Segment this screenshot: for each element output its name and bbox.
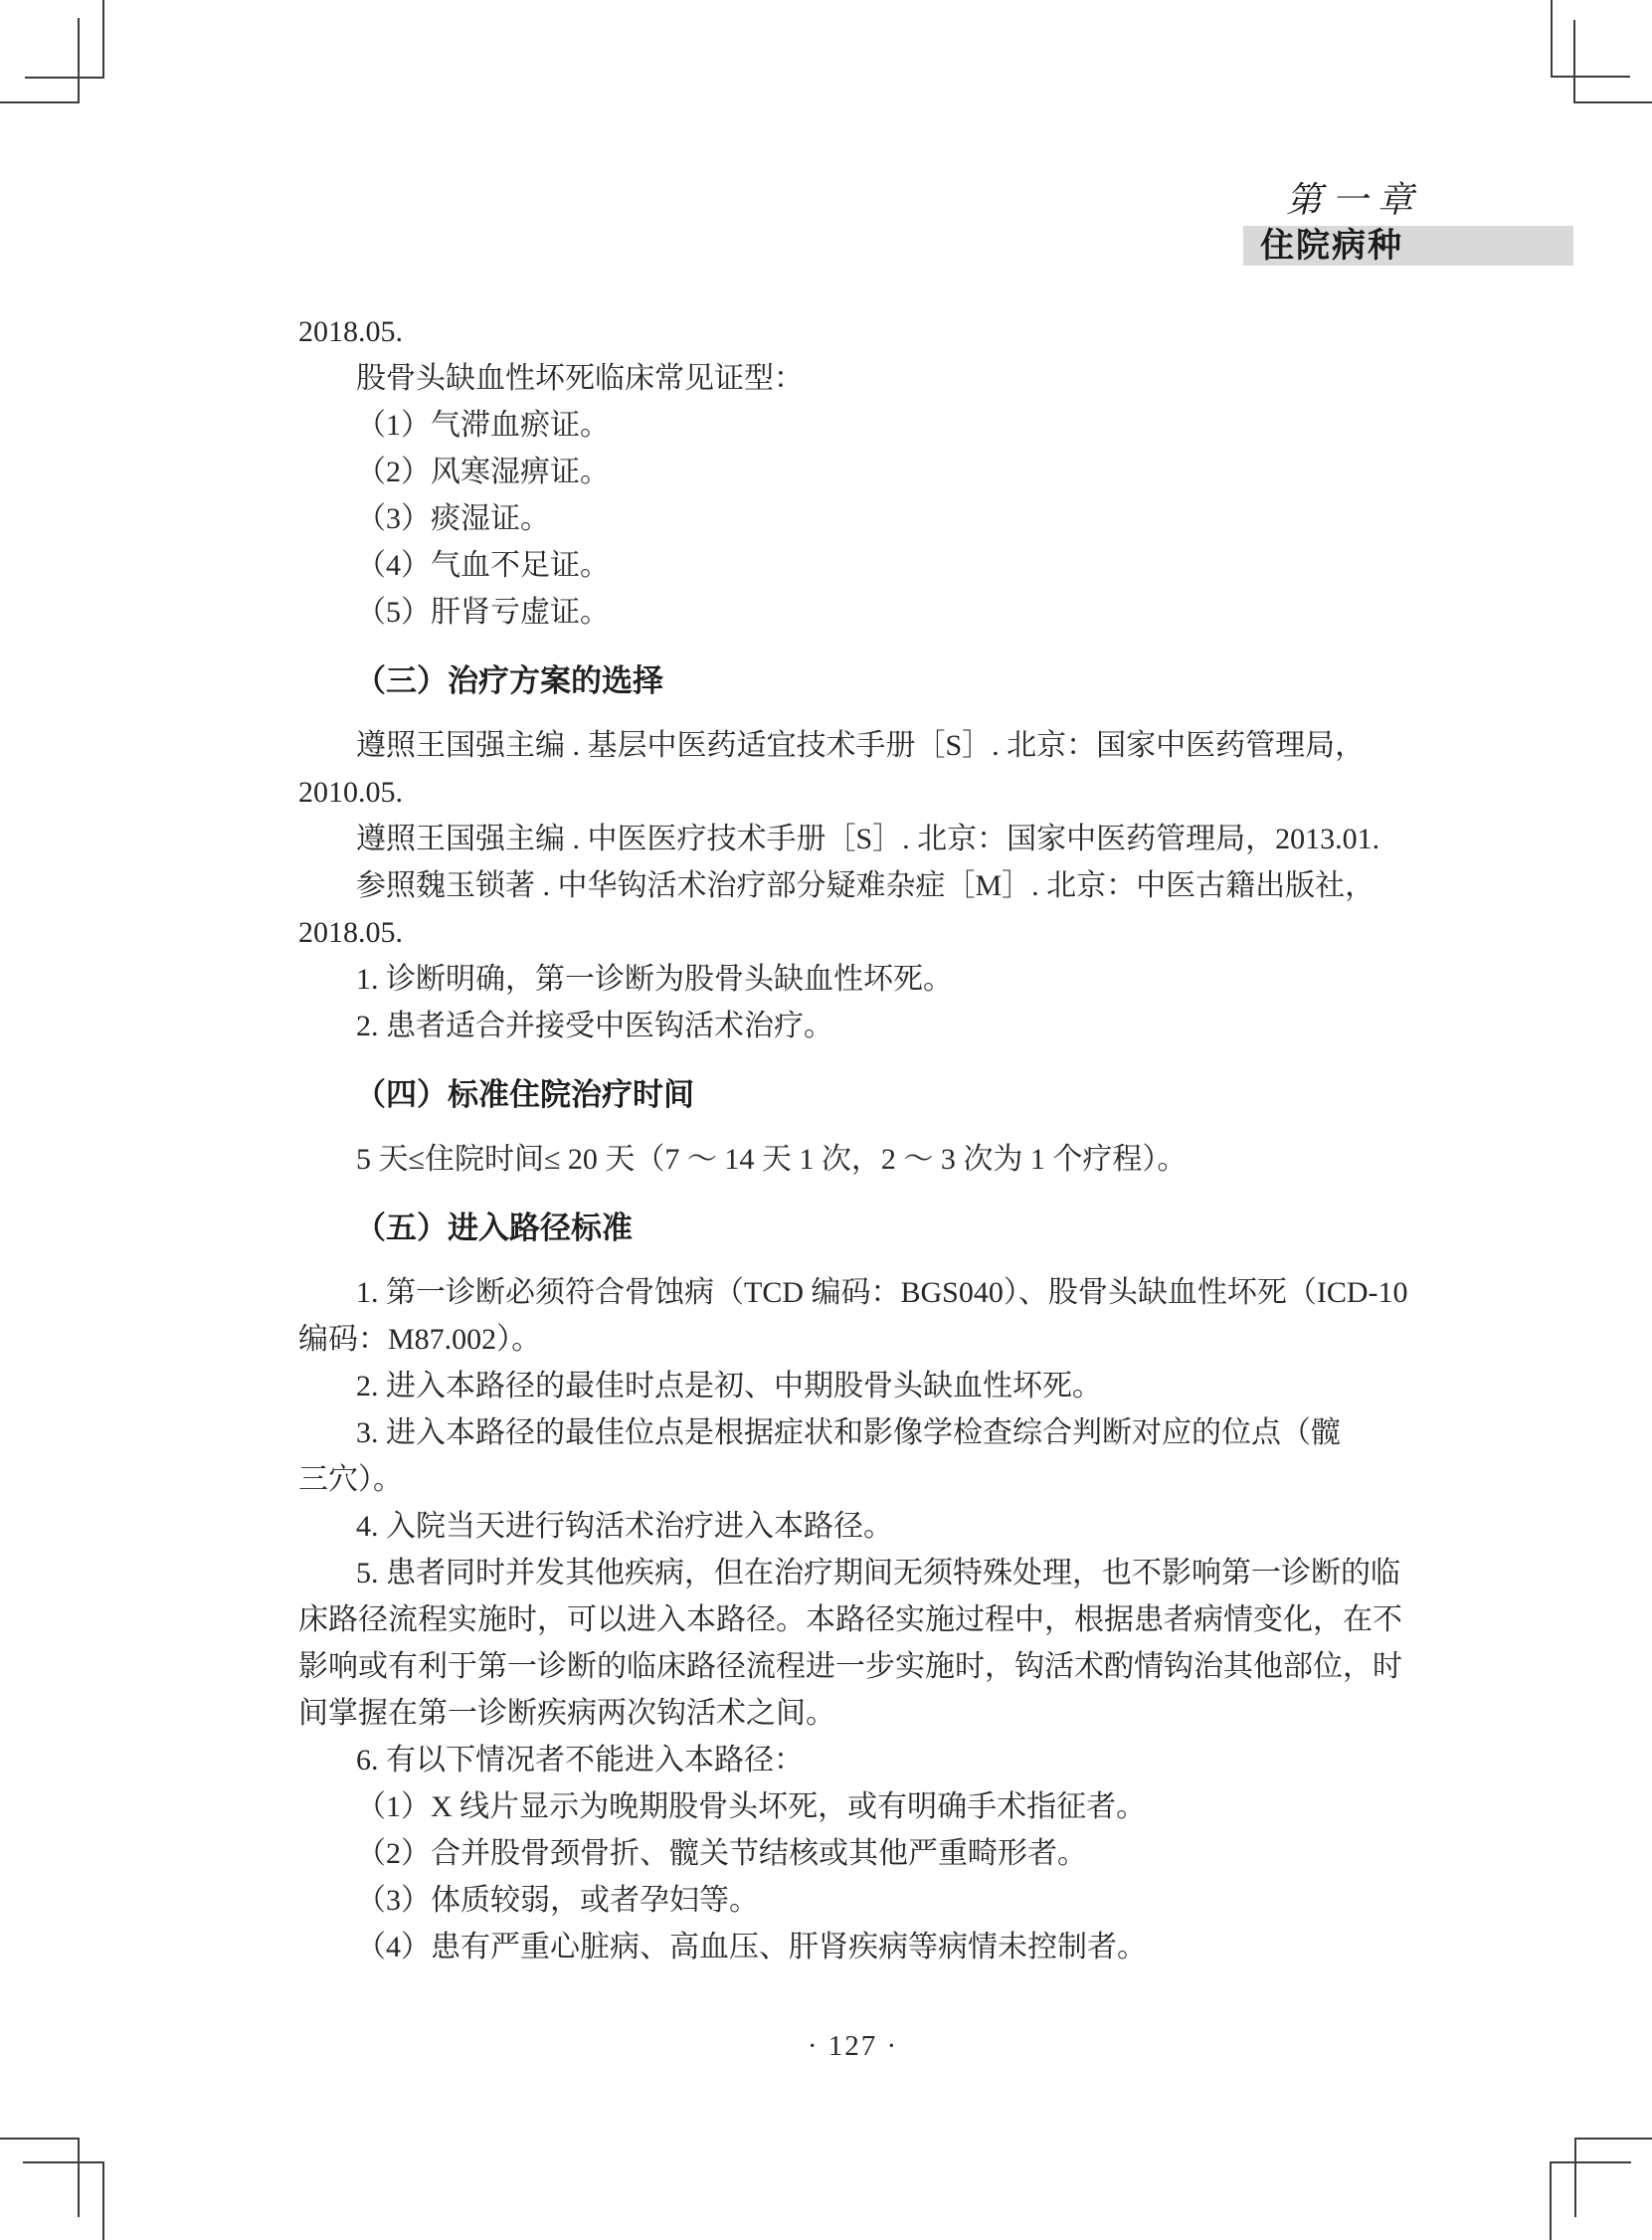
text-line: 2010.05.: [298, 769, 1407, 816]
text-line: 2018.05.: [298, 909, 1407, 956]
chapter-title-bar: 住院病种: [1243, 226, 1573, 266]
text-line: 1. 诊断明确，第一诊断为股骨头缺血性坏死。: [298, 956, 1407, 1003]
text-line: 遵照王国强主编 . 基层中医药适宜技术手册［S］. 北京：国家中医药管理局，: [298, 722, 1407, 769]
text-line: 6. 有以下情况者不能进入本路径：: [298, 1737, 1407, 1783]
text-line: （4）患有严重心脏病、高血压、肝肾疾病等病情未控制者。: [298, 1924, 1407, 1970]
text-line: 编码：M87.002）。: [298, 1316, 1407, 1363]
text-line: 2. 患者适合并接受中医钩活术治疗。: [298, 1003, 1407, 1049]
section-heading: （四）标准住院治疗时间: [298, 1071, 1407, 1118]
text-line: 3. 进入本路径的最佳位点是根据症状和影像学检查综合判断对应的位点（髋: [298, 1409, 1407, 1456]
page-number: · 127 ·: [298, 2026, 1407, 2066]
text-line: 遵照王国强主编 . 中医医疗技术手册［S］. 北京：国家中医药管理局，2013.…: [298, 816, 1407, 862]
text-line: （3）体质较弱，或者孕妇等。: [298, 1877, 1407, 1924]
text-line: 1. 第一诊断必须符合骨蚀病（TCD 编码：BGS040）、股骨头缺血性坏死（I…: [298, 1269, 1407, 1316]
text-line: （3）痰湿证。: [298, 495, 1407, 542]
text-line: 参照魏玉锁著 . 中华钩活术治疗部分疑难杂症［M］. 北京：中医古籍出版社，: [298, 862, 1407, 909]
text-line: 2. 进入本路径的最佳时点是初、中期股骨头缺血性坏死。: [298, 1363, 1407, 1409]
book-page: 第一章 住院病种 2018.05.股骨头缺血性坏死临床常见证型：（1）气滞血瘀证…: [0, 0, 1652, 2240]
text-line: （4）气血不足证。: [298, 542, 1407, 589]
section-heading: （三）治疗方案的选择: [298, 657, 1407, 704]
crop-mark-top-right-inner: [1573, 20, 1652, 103]
crop-mark-bottom-right-inner: [1550, 2161, 1631, 2240]
text-line: 2018.05.: [298, 308, 1407, 355]
text-line: （5）肝肾亏虚证。: [298, 589, 1407, 636]
text-line: 股骨头缺血性坏死临床常见证型：: [298, 355, 1407, 402]
body-text: 2018.05.股骨头缺血性坏死临床常见证型：（1）气滞血瘀证。（2）风寒湿痹证…: [298, 308, 1407, 1970]
text-line: （2）合并股骨颈骨折、髋关节结核或其他严重畸形者。: [298, 1830, 1407, 1877]
text-line: 5 天≤住院时间≤ 20 天（7 ～ 14 天 1 次，2 ～ 3 次为 1 个…: [298, 1136, 1407, 1183]
text-line: 三穴）。: [298, 1456, 1407, 1503]
text-line: （1）气滞血瘀证。: [298, 402, 1407, 449]
chapter-number-label: 第一章: [1275, 179, 1434, 221]
text-line: （1）X 线片显示为晚期股骨头坏死，或有明确手术指征者。: [298, 1783, 1407, 1830]
crop-mark-bottom-left-inner: [23, 2161, 104, 2240]
text-line: 4. 入院当天进行钩活术治疗进入本路径。: [298, 1503, 1407, 1550]
text-line: 影响或有利于第一诊断的临床路径流程进一步实施时，钩活术酌情钩治其他部位，时: [298, 1643, 1407, 1690]
section-heading: （五）进入路径标准: [298, 1205, 1407, 1251]
text-line: 床路径流程实施时，可以进入本路径。本路径实施过程中，根据患者病情变化，在不: [298, 1596, 1407, 1643]
chapter-title: 住院病种: [1243, 226, 1573, 267]
crop-mark-top-left-inner: [0, 18, 80, 103]
text-line: 间掌握在第一诊断疾病两次钩活术之间。: [298, 1690, 1407, 1737]
text-line: 5. 患者同时并发其他疾病，但在治疗期间无须特殊处理，也不影响第一诊断的临: [298, 1550, 1407, 1596]
text-line: （2）风寒湿痹证。: [298, 449, 1407, 495]
